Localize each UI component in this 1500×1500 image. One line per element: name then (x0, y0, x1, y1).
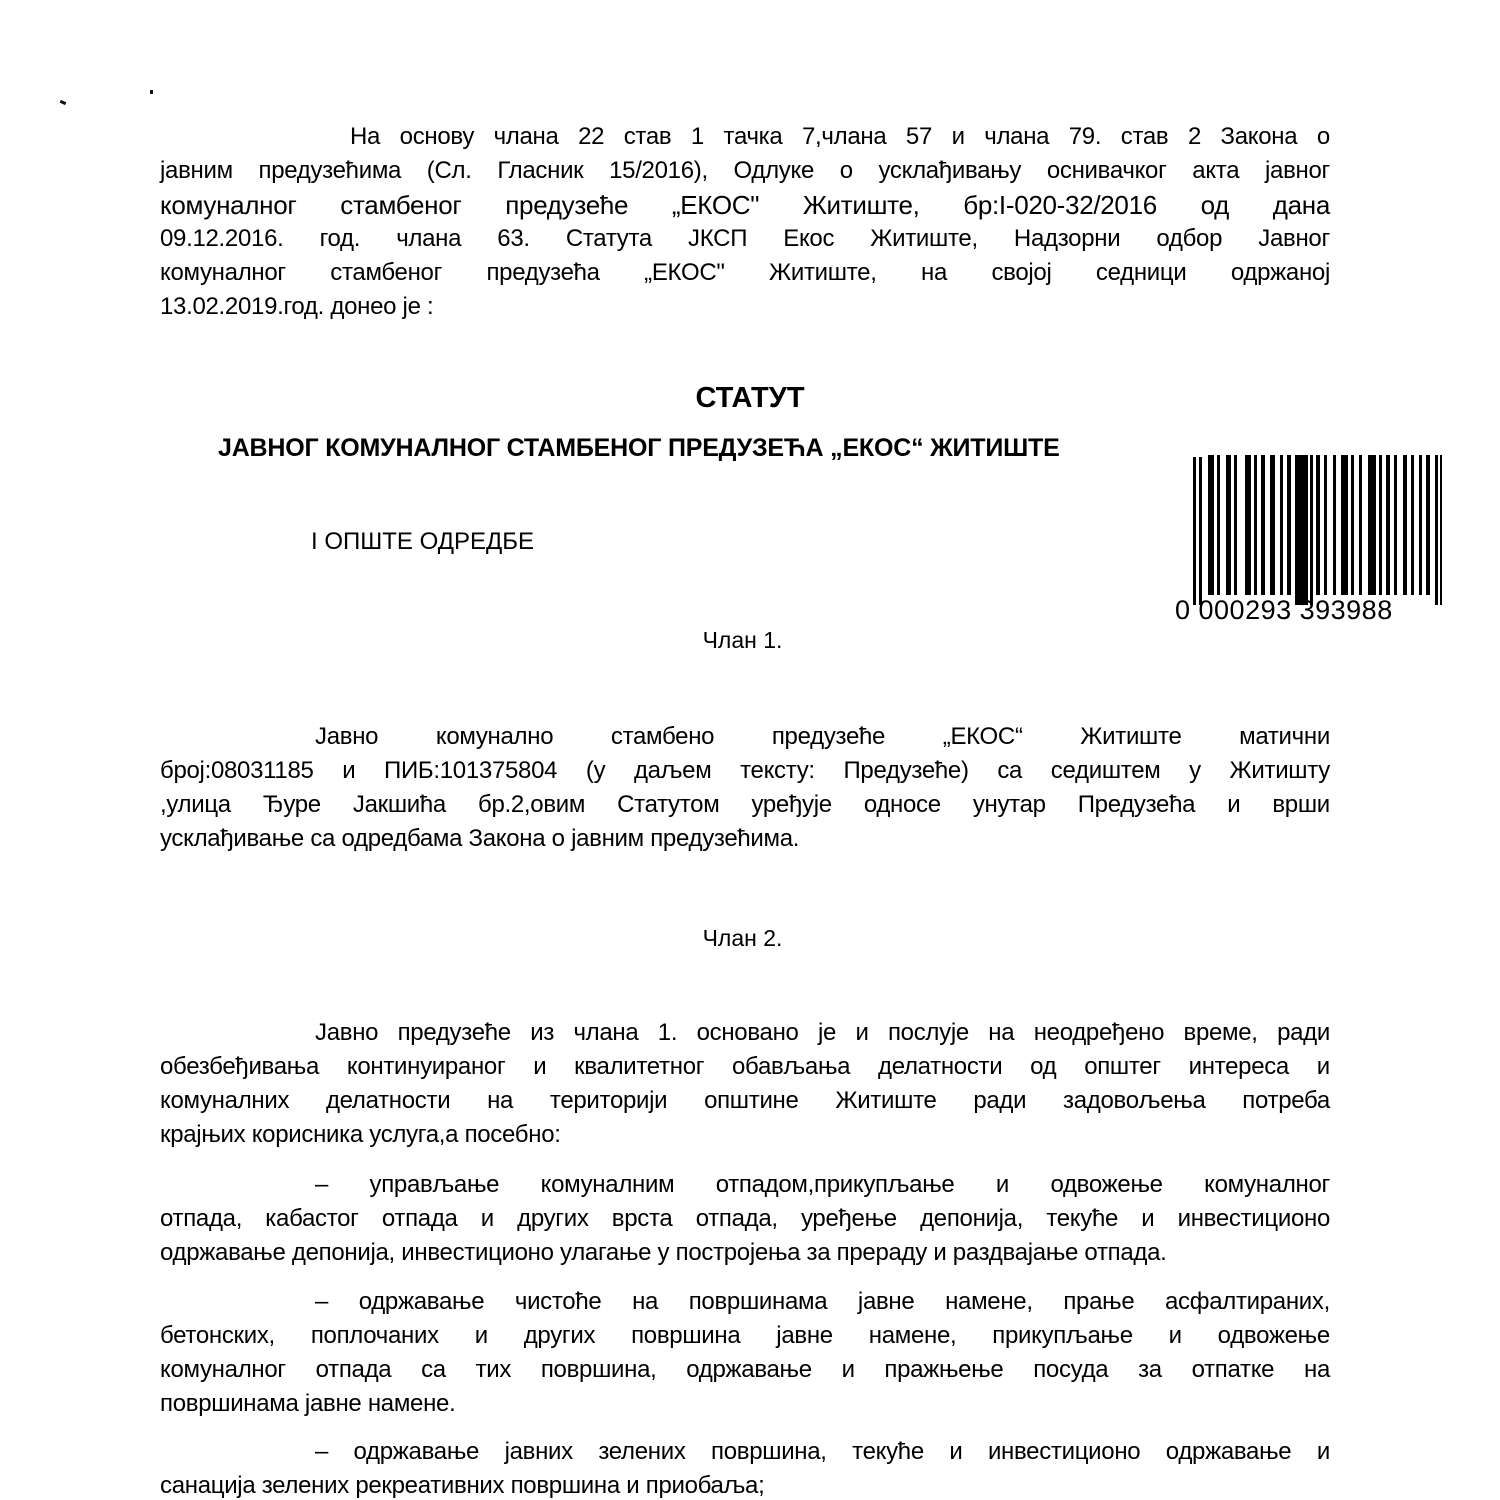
word: год. (320, 222, 361, 256)
word: члана (396, 222, 461, 256)
word: 63. (497, 222, 529, 256)
word: одвожење (1218, 1319, 1330, 1353)
paragraph-line: Јавнокомуналностамбенопредузеће„ЕКОС“Жит… (160, 720, 1330, 754)
word: тексту: (740, 754, 815, 788)
word: са (421, 1353, 446, 1387)
word: депонија, (920, 1202, 1023, 1236)
paragraph-line: површинама јавне намене. (160, 1387, 1330, 1421)
word: предузеће (398, 1016, 511, 1050)
word: члана (573, 1016, 638, 1050)
word: управљање (370, 1168, 500, 1202)
word: број:08031185 (160, 754, 314, 788)
word: члана (984, 120, 1049, 154)
word: и (481, 1202, 494, 1236)
word: површина, (711, 1435, 827, 1469)
word: квалитетног (574, 1050, 704, 1084)
word: Житиште, (769, 256, 877, 290)
preamble-line: 13.02.2019.год. донео је : (160, 290, 1330, 324)
list-item-cleanliness: –одржавањечистоћенаповршинамајавненамене… (160, 1285, 1330, 1421)
word: поплочаних (311, 1319, 439, 1353)
preamble-paragraph: Наосновучлана22став1тачка7,члана57ичлана… (160, 120, 1330, 324)
word: површина, (541, 1353, 657, 1387)
word: других (524, 1319, 595, 1353)
word: из (530, 1016, 554, 1050)
word: делатности (326, 1084, 450, 1118)
word: отпада, (696, 1202, 778, 1236)
document-subtitle: ЈАВНОГ КОМУНАЛНОГ СТАМБЕНОГ ПРЕДУЗЕЋА „Е… (218, 434, 1060, 463)
word: прање (1063, 1285, 1134, 1319)
word: бетонских, (160, 1319, 275, 1353)
word: усклађивању (879, 154, 1022, 188)
word: обављања (732, 1050, 850, 1084)
word: тачка (724, 120, 783, 154)
word: Јавно (315, 1016, 378, 1050)
preamble-line: комуналногстамбеногпредузеће„ЕКОС"Житишт… (160, 188, 1330, 222)
word: одвожење (1050, 1168, 1162, 1202)
word: седници (1096, 256, 1187, 290)
word: – (315, 1285, 328, 1319)
word: и (842, 1353, 855, 1387)
word: одржавање (359, 1285, 485, 1319)
word: 7,члана (802, 120, 886, 154)
word: „ЕКОС" (644, 256, 724, 290)
word: обезбеђивања (160, 1050, 319, 1084)
word: одржавање (354, 1435, 480, 1469)
word: (Сл. (427, 154, 472, 188)
word: својој (991, 256, 1051, 290)
word: делатности (878, 1050, 1002, 1084)
word: отпада (316, 1353, 392, 1387)
section-heading: I ОПШТЕ ОДРЕДБЕ (311, 528, 534, 556)
word: стамбено (611, 720, 714, 754)
word: Јавног (1258, 222, 1330, 256)
paragraph-line: усклађивање са одредбама Закона о јавним… (160, 822, 1330, 856)
word: комуналних (160, 1084, 289, 1118)
word: послује (888, 1016, 969, 1050)
word: врста (612, 1202, 673, 1236)
word: 79. (1069, 120, 1101, 154)
paragraph-line: комуналноготпадасатихповршина,одржавањеи… (160, 1353, 1330, 1387)
paragraph-line: бетонских,поплочанихидругихповршинајавне… (160, 1319, 1330, 1353)
word: уређује (751, 788, 831, 822)
article-2-paragraph: Јавнопредузећеизчлана1.основанојеипослуј… (160, 1016, 1330, 1152)
barcode-icon (1193, 455, 1443, 607)
word: површинама (689, 1285, 828, 1319)
word: Предузеће) (843, 754, 968, 788)
word: текуће (852, 1435, 924, 1469)
word: Предузећа (1078, 788, 1196, 822)
word: На (350, 120, 380, 154)
barcode-number: 0 000293 393988 (1175, 595, 1393, 626)
word: комуналног (160, 1353, 286, 1387)
word: отпатке (1192, 1353, 1275, 1387)
word: предузеће (772, 720, 885, 754)
word: површина (631, 1319, 740, 1353)
word: јавним (160, 154, 233, 188)
word: основано (697, 1016, 799, 1050)
word: инвестиционо (1178, 1202, 1330, 1236)
word: 15/2016), (609, 154, 708, 188)
word: Житишту (1230, 754, 1330, 788)
word: Житиште (1080, 720, 1181, 754)
paragraph-line: одржавање депонија, инвестиционо улагање… (160, 1236, 1330, 1270)
word: врши (1272, 788, 1330, 822)
word: односе (864, 788, 941, 822)
word: ,улица (160, 788, 231, 822)
word: кабастог (265, 1202, 358, 1236)
word: јавне (858, 1285, 915, 1319)
word: 57 (906, 120, 932, 154)
word: о (1317, 120, 1330, 154)
word: основу (400, 120, 474, 154)
preamble-line: Наосновучлана22став1тачка7,члана57ичлана… (160, 120, 1330, 154)
paragraph-line: отпада,кабастоготпадаидругихврстаотпада,… (160, 1202, 1330, 1236)
word: одржаној (1231, 256, 1330, 290)
word: и (949, 1435, 962, 1469)
word: зелених (598, 1435, 685, 1469)
word: оснивачког (1047, 154, 1167, 188)
word: уређење (801, 1202, 897, 1236)
word: Закона (1221, 120, 1298, 154)
word: прикупљање (992, 1319, 1132, 1353)
word: на (632, 1285, 658, 1319)
word: о (840, 154, 853, 188)
word: Гласник (497, 154, 583, 188)
word: члана (494, 120, 559, 154)
word: одбор (1156, 222, 1222, 256)
word: и (475, 1319, 488, 1353)
word: и (855, 1016, 868, 1050)
word: инвестиционо (988, 1435, 1140, 1469)
paragraph-line: –одржавањејавнихзеленихповршина,текућеии… (160, 1435, 1330, 1469)
word: – (315, 1168, 328, 1202)
word: комуналним (541, 1168, 675, 1202)
document-page: Наосновучлана22став1тачка7,члана57ичлана… (0, 0, 1500, 1500)
paragraph-line: –управљањекомуналнимотпадом,прикупљањеио… (160, 1168, 1330, 1202)
word: и (342, 754, 355, 788)
word: Статутом (617, 788, 719, 822)
word: у (1189, 754, 1201, 788)
word: и (996, 1168, 1009, 1202)
word: бр:I-020-32/2016 (963, 188, 1157, 222)
word: Житиште (835, 1084, 936, 1118)
word: на (921, 256, 947, 290)
word: тих (476, 1353, 512, 1387)
word: стамбеног (330, 256, 442, 290)
paragraph-line: санација зелених рекреативних површина и… (160, 1469, 1330, 1500)
word: Јавно (315, 720, 378, 754)
scan-artifact (150, 90, 153, 94)
word: – (315, 1435, 328, 1469)
word: комуналног (160, 188, 297, 222)
word: јавних (505, 1435, 573, 1469)
word: за (1138, 1353, 1162, 1387)
word: дана (1273, 188, 1330, 222)
word: неодређено (1034, 1016, 1164, 1050)
word: намене, (869, 1319, 957, 1353)
word: 09.12.2016. (160, 222, 284, 256)
paragraph-line: обезбеђивањаконтинуираногиквалитетногоба… (160, 1050, 1330, 1084)
word: ПИБ:101375804 (384, 754, 557, 788)
word: предузећима (259, 154, 402, 188)
word: и (533, 1050, 546, 1084)
word: отпада (382, 1202, 458, 1236)
word: комуналног (1204, 1168, 1330, 1202)
word: са (997, 754, 1022, 788)
paragraph-line: број:08031185иПИБ:101375804(удаљемтексту… (160, 754, 1330, 788)
word: општине (704, 1084, 799, 1118)
word: ради (973, 1084, 1026, 1118)
word: и (1141, 1202, 1154, 1236)
word: пражњење (884, 1353, 1003, 1387)
word: потреба (1242, 1084, 1330, 1118)
word: даљем (634, 754, 711, 788)
word: 1. (658, 1016, 677, 1050)
word: време, (1184, 1016, 1258, 1050)
word: Јакшића (353, 788, 446, 822)
word: унутар (973, 788, 1046, 822)
word: других (517, 1202, 588, 1236)
word: 1 (691, 120, 704, 154)
preamble-line: 09.12.2016.год.члана63.СтатутаЈКСПЕкосЖи… (160, 222, 1330, 256)
word: је (818, 1016, 836, 1050)
word: Житиште, (803, 188, 920, 222)
word: и (952, 120, 965, 154)
word: континуираног (347, 1050, 506, 1084)
word: Одлуке (734, 154, 814, 188)
scan-artifact (60, 100, 67, 105)
word: акта (1192, 154, 1239, 188)
document-title: СТАТУТ (0, 382, 1500, 415)
word: на (1304, 1353, 1330, 1387)
paragraph-line: Јавнопредузећеизчлана1.основанојеипослуј… (160, 1016, 1330, 1050)
word: ради (1277, 1016, 1330, 1050)
barcode: 0 000293 393988 (1175, 455, 1445, 620)
word: „ЕКОС“ (943, 720, 1023, 754)
article-1-paragraph: Јавнокомуналностамбенопредузеће„ЕКОС“Жит… (160, 720, 1330, 856)
word: јавног (1265, 154, 1330, 188)
word: матични (1239, 720, 1330, 754)
word: Екос (783, 222, 834, 256)
word: и (1227, 788, 1240, 822)
word: текуће (1046, 1202, 1118, 1236)
paragraph-line: –одржавањечистоћенаповршинамајавненамене… (160, 1285, 1330, 1319)
list-item-green-areas: –одржавањејавнихзеленихповршина,текућеии… (160, 1435, 1330, 1500)
word: ЈКСП (688, 222, 747, 256)
word: став (1121, 120, 1169, 154)
word: 2 (1188, 120, 1201, 154)
word: задовољења (1063, 1084, 1205, 1118)
word: и (1169, 1319, 1182, 1353)
word: општег (1084, 1050, 1161, 1084)
word: Житиште, (870, 222, 978, 256)
word: Ђуре (263, 788, 321, 822)
word: 22 (578, 120, 604, 154)
word: територији (550, 1084, 667, 1118)
word: од (1201, 188, 1229, 222)
word: Надзорни (1014, 222, 1120, 256)
word: комунално (436, 720, 553, 754)
article-2-heading: Члан 2. (0, 925, 1485, 952)
word: одржавање (1166, 1435, 1292, 1469)
preamble-line: јавнимпредузећима(Сл.Гласник15/2016),Одл… (160, 154, 1330, 188)
barcode-bars (1193, 455, 1443, 607)
word: отпадом,прикупљање (716, 1168, 955, 1202)
word: став (624, 120, 672, 154)
word: на (487, 1084, 513, 1118)
word: посуда (1033, 1353, 1108, 1387)
word: и (1317, 1050, 1330, 1084)
word: од (1030, 1050, 1056, 1084)
preamble-line: комуналногстамбеногпредузећа„ЕКОС"Житишт… (160, 256, 1330, 290)
word: Статута (566, 222, 652, 256)
word: чистоће (515, 1285, 602, 1319)
word: намене, (945, 1285, 1033, 1319)
list-item-waste-management: –управљањекомуналнимотпадом,прикупљањеио… (160, 1168, 1330, 1270)
word: и (1317, 1435, 1330, 1469)
word: предузеће (505, 188, 628, 222)
article-1-heading: Члан 1. (0, 627, 1485, 654)
word: стамбеног (340, 188, 461, 222)
word: на (988, 1016, 1014, 1050)
paragraph-line: крајњих корисника услуга,а посебно: (160, 1118, 1330, 1152)
word: предузећа (486, 256, 599, 290)
word: комуналног (160, 256, 286, 290)
word: „ЕКОС" (672, 188, 759, 222)
word: седиштем (1051, 754, 1161, 788)
word: јавне (776, 1319, 833, 1353)
word: интереса (1189, 1050, 1289, 1084)
word: одржавање (686, 1353, 812, 1387)
word: (у (586, 754, 605, 788)
word: асфалтираних, (1165, 1285, 1330, 1319)
word: отпада, (160, 1202, 242, 1236)
paragraph-line: ,улицаЂуреЈакшићабр.2,овимСтатутомуређуј… (160, 788, 1330, 822)
word: бр.2,овим (478, 788, 585, 822)
paragraph-line: комуналнихделатностинатериторијиопштинеЖ… (160, 1084, 1330, 1118)
